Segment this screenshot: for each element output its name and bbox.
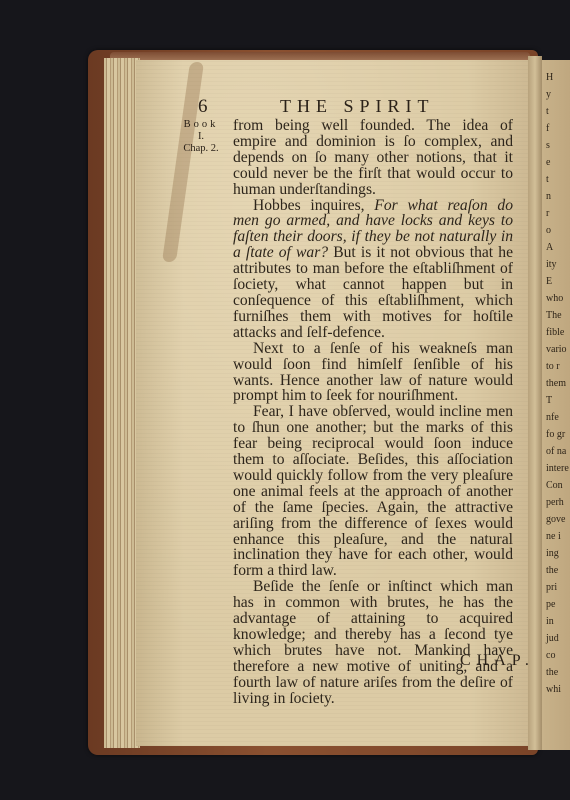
paragraph: Beſide the ſenſe or inſtinct which man h… (233, 579, 513, 706)
facing-page-text: s (546, 140, 550, 151)
facing-page-text: co (546, 650, 555, 661)
facing-page-text: whi (546, 684, 561, 695)
facing-page-text: o (546, 225, 551, 236)
margin-book-label: Book (176, 119, 226, 131)
facing-page-text: to r (546, 361, 560, 372)
facing-page-text: jud (546, 633, 559, 644)
book-gutter (528, 56, 542, 750)
text-segment: Hobbes inquires, (253, 197, 374, 214)
facing-page-text: the (546, 667, 558, 678)
facing-page-text: intere (546, 463, 569, 474)
margin-book-number: I. (176, 131, 226, 143)
facing-page-text: of na (546, 446, 566, 457)
text-segment: Beſide the ſenſe or inſtinct which man h… (233, 578, 513, 706)
facing-page-text: fible (546, 327, 564, 338)
facing-page: HytfsetnroAityEwhoThefiblevarioto rthemT… (542, 60, 570, 750)
paragraph: Hobbes inquires, For what reaſon do men … (233, 198, 513, 341)
paragraph: Fear, I have obſerved, would incline men… (233, 404, 513, 579)
facing-page-text: E (546, 276, 552, 287)
facing-page-text: A (546, 242, 553, 253)
facing-page-text: in (546, 616, 554, 627)
facing-page-text: ity (546, 259, 557, 270)
body-text: from being well founded. The idea of emp… (233, 118, 513, 707)
facing-page-text: r (546, 208, 549, 219)
text-segment: Fear, I have obſerved, would incline men… (233, 403, 513, 579)
facing-page-text: t (546, 174, 549, 185)
facing-page-text: nfe (546, 412, 559, 423)
facing-page-text: the (546, 565, 558, 576)
page-number: 6 (198, 96, 208, 118)
facing-page-text: ne i (546, 531, 561, 542)
text-segment: from being well founded. The idea of emp… (233, 117, 513, 198)
facing-page-text: H (546, 72, 553, 83)
facing-page-text: pri (546, 582, 557, 593)
facing-page-text: gove (546, 514, 565, 525)
facing-page-text: them (546, 378, 566, 389)
facing-page-text: fo gr (546, 429, 565, 440)
running-head: THE SPIRIT (280, 96, 435, 117)
facing-page-text: who (546, 293, 563, 304)
margin-chapter: Chap. 2. (176, 143, 226, 155)
page-header: 6 THE SPIRIT (190, 96, 510, 116)
facing-page-text: The (546, 310, 562, 321)
facing-page-text: ing (546, 548, 559, 559)
facing-page-text: t (546, 106, 549, 117)
page-stack-edges (104, 58, 140, 748)
facing-page-text: T (546, 395, 552, 406)
facing-page-text: y (546, 89, 551, 100)
paragraph: from being well founded. The idea of emp… (233, 118, 513, 198)
facing-page-text: vario (546, 344, 567, 355)
facing-page-text: pe (546, 599, 555, 610)
paragraph: Next to a ſenſe of his weakneſs man woul… (233, 341, 513, 405)
facing-page-text: e (546, 157, 550, 168)
facing-page-text: Con (546, 480, 563, 491)
facing-page-text: perh (546, 497, 564, 508)
facing-page-text: f (546, 123, 549, 134)
catchword: CHAP. (460, 652, 535, 670)
margin-note: Book I. Chap. 2. (176, 119, 226, 155)
text-segment: Next to a ſenſe of his weakneſs man woul… (233, 340, 513, 405)
facing-page-text: n (546, 191, 551, 202)
